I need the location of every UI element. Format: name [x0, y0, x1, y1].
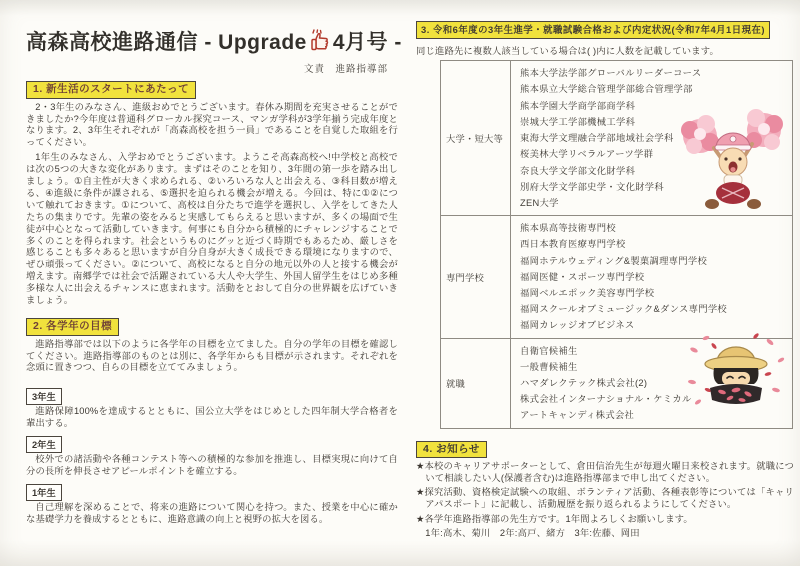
title-prefix: 高森高校進路通信 - Upgrade	[26, 26, 307, 56]
goal-grade3-text: 進路保障100%を達成するとともに、国公立大学をはじめとした四年制大学合格者を輩…	[26, 406, 398, 430]
items-cell-employment: 自衛官候補生 一般曹候補生 ハマダレクテック株式会社(2) 株式会社インターナシ…	[511, 338, 793, 428]
school-item: 熊本県高等技術専門校	[520, 220, 788, 236]
school-item: 福岡ベルエポック美容専門学校	[520, 285, 788, 301]
school-item: ZEN大学	[520, 195, 788, 211]
school-item: 福岡カレッジオブビジネス	[520, 317, 788, 333]
goal-grade2-text: 校外での諸活動や各種コンテスト等への積極的な参加を推進し、目標実現に向けて自分の…	[26, 454, 398, 478]
goal-grade1-label: 1年生	[26, 484, 62, 501]
section3-note: 同じ進路先に複数人該当している場合は( )内に人数を記載しています。	[416, 43, 794, 57]
section4-heading: 4. お知らせ	[416, 441, 487, 459]
section1-heading: 1. 新生活のスタートにあたって	[26, 81, 196, 99]
school-item: 西日本教育医療専門学校	[520, 236, 788, 252]
announcement-bullet-3: ★各学年進路指導部の先生方です。1年間よろしくお願いします。	[416, 513, 794, 525]
goal-grade2: 2年生 校外での諸活動や各種コンテスト等への積極的な参加を推進し、目標実現に向け…	[26, 430, 398, 478]
thumbs-up-icon	[310, 29, 330, 53]
section1-paragraph-2: 1年生のみなさん、入学おめでとうございます。ようこそ高森高校へ!中学校と高校では…	[26, 152, 398, 307]
section2-heading: 2. 各学年の目標	[26, 318, 119, 336]
school-item: 福岡ホテルウェディング&製菓調理専門学校	[520, 253, 788, 269]
school-item: 別府大学文学部史学・文化財学科	[520, 179, 788, 195]
section1-paragraph-1: 2・3年生のみなさん、進級おめでとうございます。春休み期間を充実させることができ…	[26, 102, 398, 150]
section3-heading: 3. 令和6年度の3年生進学・就職試験合格および内定状況(令和7年4月1日現在)	[416, 21, 770, 39]
employer-item: 一般曹候補生	[520, 359, 788, 375]
employer-item: アートキャンディ株式会社	[520, 407, 788, 423]
school-item: 熊本大学法学部グローバルリーダーコース	[520, 65, 788, 81]
school-item: 熊本学園大学商学部商学科	[520, 98, 788, 114]
announcement-bullet-2: ★探究活動、資格検定試験への取組、ボランティア活動、各種表彰等については「キャリ…	[416, 486, 794, 510]
right-page: 3. 令和6年度の3年生進学・就職試験合格および内定状況(令和7年4月1日現在)…	[416, 20, 794, 539]
goal-grade1-text: 自己理解を深めることで、将来の進路について関心を持つ。また、授業を中心に確かな基…	[26, 502, 398, 526]
school-item: 熊本県立大学総合管理学部総合管理学部	[520, 81, 788, 97]
school-item: 東海大学文理融合学部地域社会学科	[520, 130, 788, 146]
goal-grade3-label: 3年生	[26, 388, 62, 405]
title-suffix: 4月号 -	[333, 26, 402, 56]
results-table: 大学・短大等 熊本大学法学部グローバルリーダーコース 熊本県立大学総合管理学部総…	[440, 60, 793, 428]
category-cell-university: 大学・短大等	[441, 61, 511, 216]
employer-item: 自衛官候補生	[520, 343, 788, 359]
left-page: 高森高校進路通信 - Upgrade 4月号 - 文責 進路指導部 1. 新生活…	[26, 26, 398, 526]
announcement-bullet-1: ★本校のキャリアサポーターとして、倉田信治先生が毎週火曜日来校されます。就職につ…	[416, 460, 794, 484]
school-item: 福岡医健・スポーツ専門学校	[520, 269, 788, 285]
items-cell-university: 熊本大学法学部グローバルリーダーコース 熊本県立大学総合管理学部総合管理学部 熊…	[511, 61, 793, 216]
items-cell-vocational: 熊本県高等技術専門校 西日本教育医療専門学校 福岡ホテルウェディング&製菓調理専…	[511, 216, 793, 338]
school-item: 崇城大学工学部機械工学科	[520, 114, 788, 130]
table-row-vocational: 専門学校 熊本県高等技術専門校 西日本教育医療専門学校 福岡ホテルウェディング&…	[441, 216, 793, 338]
newsletter-title: 高森高校進路通信 - Upgrade 4月号 -	[26, 26, 398, 56]
section2-intro: 進路指導部では以下のように各学年の目標を立てました。自分の学年の目標を確認してく…	[26, 339, 398, 375]
table-row-university: 大学・短大等 熊本大学法学部グローバルリーダーコース 熊本県立大学総合管理学部総…	[441, 61, 793, 216]
goal-grade3: 3年生 進路保障100%を達成するとともに、国公立大学をはじめとした四年制大学合…	[26, 382, 398, 430]
byline: 文責 進路指導部	[26, 61, 398, 75]
school-item: 福岡スクールオブミュージック&ダンス専門学校	[520, 301, 788, 317]
category-cell-vocational: 専門学校	[441, 216, 511, 338]
school-item: 桜美林大学リベラルアーツ学群	[520, 146, 788, 162]
table-row-employment: 就職 自衛官候補生 一般曹候補生 ハマダレクテック株式会社(2) 株式会社インタ…	[441, 338, 793, 428]
employer-item: ハマダレクテック株式会社(2)	[520, 375, 788, 391]
school-item: 奈良大学文学部文化財学科	[520, 163, 788, 179]
goal-grade1: 1年生 自己理解を深めることで、将来の進路について関心を持つ。また、授業を中心に…	[26, 478, 398, 526]
teachers-line: 1年:高木、菊川 2年:高戸、緒方 3年:佐藤、岡田	[416, 527, 794, 539]
goal-grade2-label: 2年生	[26, 436, 62, 453]
employer-item: 株式会社インターナショナル・ケミカル	[520, 391, 788, 407]
category-cell-employment: 就職	[441, 338, 511, 428]
